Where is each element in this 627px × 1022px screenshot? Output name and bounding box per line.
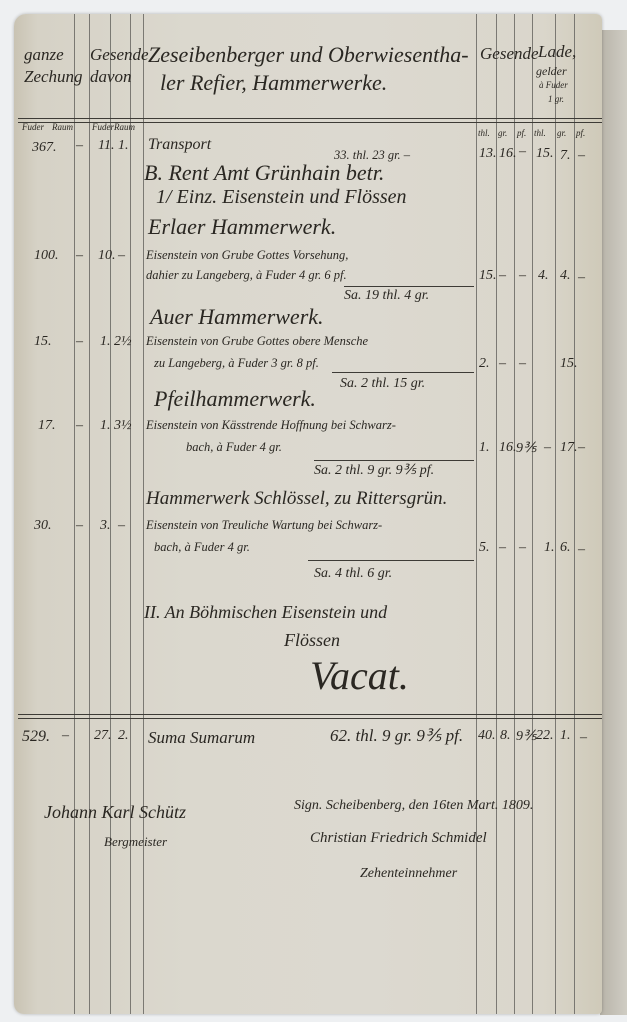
column-rule [89, 14, 90, 1014]
unit-thl: thl. [534, 128, 546, 138]
entry-text: bach, à Fuder 4 gr. [186, 440, 282, 455]
unit-pf: pf. [517, 128, 526, 138]
unit-gr: gr. [557, 128, 566, 138]
section-heading-schloessel: Hammerwerk Schlössel, zu Rittersgrün. [146, 488, 447, 510]
gesende-gr: 16. [499, 146, 517, 162]
zechung-fuder: 367. [32, 140, 57, 156]
gesende-thl: 15. [479, 268, 497, 284]
adjacent-page-edge [600, 30, 627, 1015]
entry-sum: Sa. 19 thl. 4 gr. [344, 288, 429, 304]
zechung-raum: – [76, 248, 83, 264]
lade-gr: 4. [560, 268, 571, 284]
entry-sum: Sa. 4 thl. 6 gr. [314, 566, 392, 582]
header-col-zechung: ganze Zechung [24, 44, 72, 88]
header-col-lade: Lade, [538, 42, 576, 62]
column-rule [496, 14, 497, 1014]
davon-fuder: 1. [100, 418, 111, 434]
header-title-line2: ler Refier, Hammerwerke. [160, 70, 387, 96]
entry-text: Transport [148, 136, 211, 154]
entry-sum: Sa. 2 thl. 9 gr. 9⅗ pf. [314, 462, 434, 479]
entry-text: Eisenstein von Grube Gottes Vorsehung, [146, 248, 348, 263]
subtotal-rule [308, 560, 474, 561]
unit-pf: pf. [576, 128, 585, 138]
vacat-text: Vacat. [310, 652, 409, 699]
unit-thl: thl. [478, 128, 490, 138]
unit-raum: Raum [52, 122, 73, 132]
gesende-thl: 1. [479, 440, 490, 456]
gesende-gr: – [499, 356, 506, 372]
zechung-fuder: 30. [34, 518, 52, 534]
lade-gr: 15. [560, 356, 578, 372]
total-gesende-pf: 9⅗ [516, 728, 537, 745]
entry-text: bach, à Fuder 4 gr. [154, 540, 250, 555]
davon-fuder: 1. [100, 334, 111, 350]
total-label: Suma Sumarum [148, 728, 255, 748]
total-rule [18, 718, 602, 719]
section-heading: B. Rent Amt Grünhain betr. [144, 160, 384, 186]
unit-gr: gr. [498, 128, 507, 138]
subtotal-rule [314, 460, 474, 461]
column-rule [110, 14, 111, 1014]
gesende-pf: – [519, 268, 526, 284]
header-col-lade-3: à Fuder [539, 80, 568, 90]
entry-text: Eisenstein von Kässtrende Hoffnung bei S… [146, 418, 396, 433]
gesende-thl: 2. [479, 356, 490, 372]
total-sum: 62. thl. 9 gr. 9⅗ pf. [330, 726, 463, 746]
gesende-pf: – [519, 144, 526, 160]
total-lade-thl: 22. [536, 728, 554, 744]
column-rule [514, 14, 515, 1014]
signature-date-line: Sign. Scheibenberg, den 16ten Mart. 1809… [294, 798, 533, 814]
davon-fuder: 11. [98, 138, 114, 154]
header-col-lade-2: gelder [536, 64, 567, 79]
signature-left-name: Johann Karl Schütz [44, 802, 186, 823]
davon-raum: – [118, 518, 125, 534]
lade-thl: – [544, 440, 551, 456]
total-rule [18, 714, 602, 715]
lade-pf: – [578, 542, 585, 558]
lade-pf: – [578, 148, 585, 164]
lade-thl: 4. [538, 268, 549, 284]
lade-thl: 15. [536, 146, 554, 162]
davon-raum: 3½ [114, 418, 132, 434]
total-gesende-gr: 8. [500, 728, 511, 744]
entry-sum: Sa. 2 thl. 15 gr. [340, 376, 425, 392]
zechung-raum: – [76, 138, 83, 154]
gesende-pf: – [519, 356, 526, 372]
total-zechung-fuder: 529. [22, 728, 50, 746]
header-col-lade-4: 1 gr. [548, 94, 564, 104]
total-lade-gr: 1. [560, 728, 571, 744]
section-subheading: 1/ Einz. Eisenstein und Flössen [156, 186, 407, 209]
lade-gr: 7. [560, 148, 571, 164]
gesende-pf: – [519, 540, 526, 556]
davon-raum: – [118, 248, 125, 264]
entry-text: dahier zu Langeberg, à Fuder 4 gr. 6 pf. [146, 268, 347, 283]
total-davon-fuder: 27. [94, 728, 112, 744]
column-rule [574, 14, 575, 1014]
total-lade-pf: – [580, 730, 587, 746]
lade-pf: – [578, 270, 585, 286]
section-heading-pfeilhammer: Pfeilhammerwerk. [154, 386, 316, 412]
zechung-fuder: 100. [34, 248, 59, 264]
subtotal-rule [332, 372, 474, 373]
unit-raum: Raum [114, 122, 135, 132]
section-subheading-II: Flössen [284, 630, 340, 651]
gesende-thl: 13. [479, 146, 497, 162]
column-rule [476, 14, 477, 1014]
total-gesende-thl: 40. [478, 728, 496, 744]
column-rule [74, 14, 75, 1014]
gesende-thl: 5. [479, 540, 490, 556]
section-heading-erlaer: Erlaer Hammerwerk. [148, 214, 336, 240]
header-title-line1: Zeseibenberger und Oberwiesentha- [148, 42, 469, 68]
section-heading-auer: Auer Hammerwerk. [150, 304, 324, 330]
entry-text: Eisenstein von Treuliche Wartung bei Sch… [146, 518, 382, 533]
header-col-gesende: Gesende [480, 44, 539, 64]
unit-fuder: Fuder [22, 122, 44, 132]
header-rule [18, 118, 602, 119]
header-col-davon: Gesende davon [90, 44, 142, 88]
total-davon-raum: 2. [118, 728, 129, 744]
lade-gr: 17. [560, 440, 578, 456]
signature-right-title: Zehenteinnehmer [360, 866, 457, 882]
zechung-fuder: 15. [34, 334, 52, 350]
column-rule [130, 14, 131, 1014]
signature-right-name: Christian Friedrich Schmidel [310, 830, 487, 847]
gesende-gr: – [499, 268, 506, 284]
zechung-raum: – [76, 518, 83, 534]
section-heading-II: II. An Böhmischen Eisenstein und [144, 602, 387, 623]
lade-thl: 1. [544, 540, 555, 556]
zechung-raum: – [76, 334, 83, 350]
davon-raum: 2½ [114, 334, 132, 350]
subtotal-rule [344, 286, 474, 287]
davon-fuder: 10. [98, 248, 116, 264]
davon-fuder: 3. [100, 518, 111, 534]
zechung-raum: – [76, 418, 83, 434]
signature-left-title: Bergmeister [104, 834, 167, 850]
lade-pf: – [578, 440, 585, 456]
gesende-gr: 16. [499, 440, 517, 456]
total-zechung-raum: – [62, 728, 69, 744]
zechung-fuder: 17. [38, 418, 56, 434]
lade-gr: 6. [560, 540, 571, 556]
entry-text: zu Langeberg, à Fuder 3 gr. 8 pf. [154, 356, 319, 371]
gesende-gr: – [499, 540, 506, 556]
gesende-pf: 9⅗ [516, 440, 537, 457]
ledger-page: ganze Zechung Gesende davon Zeseibenberg… [14, 14, 602, 1014]
column-rule [532, 14, 533, 1014]
davon-raum: 1. [118, 138, 129, 154]
column-rule [555, 14, 556, 1014]
unit-fuder: Fuder [92, 122, 114, 132]
entry-text: Eisenstein von Grube Gottes obere Mensch… [146, 334, 368, 349]
